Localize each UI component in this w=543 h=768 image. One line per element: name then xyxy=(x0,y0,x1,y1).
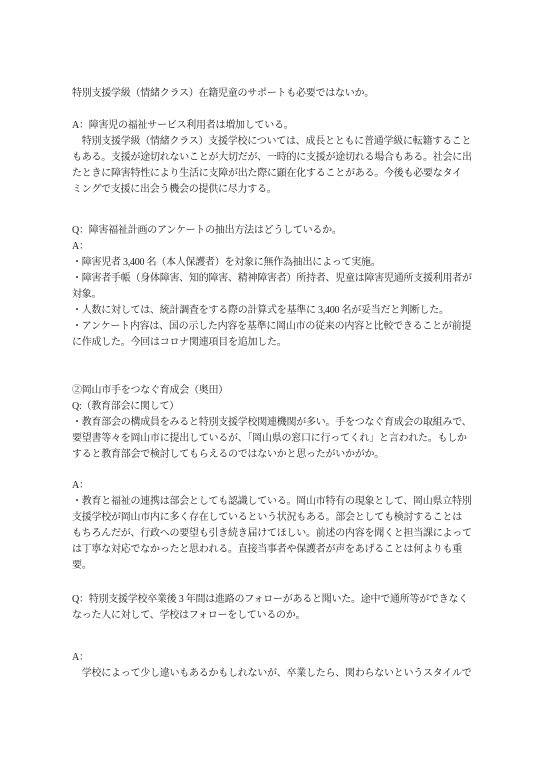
text-line: 要。 xyxy=(72,558,474,574)
text-line: ・人数に対しては、統計調査をする際の計算式を基準に 3,400 名が妥当だと判断… xyxy=(72,303,474,319)
text-line: 支援学校が岡山市内に多く存在しているという状況もある。部会としても検討することは xyxy=(72,510,474,526)
text-line: ②岡山市手をつなぐ育成会（奥田） xyxy=(72,383,474,399)
text-line: Q:（教育部会に関して） xyxy=(72,399,474,415)
text-line: は丁寧な対応でなかったと思われる。直接当事者や保護者が声をあげることは何よりも重 xyxy=(72,542,474,558)
text-line: ・障害児者 3,400 名（本人保護者）を対象に無作為抽出によって実施。 xyxy=(72,255,474,271)
text-line: 特別支援学級（情緒クラス）在籍児童のサポートも必要ではないか。 xyxy=(72,86,474,102)
paragraph-question-graduate-followup: Q：特別支援学校卒業後 3 年間は進路のフォローがあると聞いた。途中で通所等がで… xyxy=(72,592,474,624)
text-line: なった人に対して、学校はフォローをしているのか。 xyxy=(72,608,474,624)
paragraph-question-support-class: 特別支援学級（情緒クラス）在籍児童のサポートも必要ではないか。 xyxy=(72,86,474,102)
text-line: A： xyxy=(72,239,474,255)
paragraph-answer-welfare-service-users: A：障害児の福祉サービス利用者は増加している。 特別支援学級（情緒クラス）支援学… xyxy=(72,118,474,198)
paragraph-answer-education-welfare: A：・教育と福祉の連携は部会としても認識している。岡山市特有の現象として、岡山県… xyxy=(72,478,474,574)
paragraph-answer-school-followup: A： 学校によって少し違いもあるかもしれないが、卒業したら、関わらないというスタ… xyxy=(72,650,474,682)
text-line: A： xyxy=(72,650,474,666)
text-line: すると教育部会で検討してもらえるのではないかと思ったがいかがか。 xyxy=(72,447,474,463)
text-line: もある。支援が途切れないことが大切だが、一時的に支援が途切れる場合もある。社会に… xyxy=(72,150,474,166)
paragraph-qa-survey-sampling: Q：障害福祉計画のアンケートの抽出方法はどうしているか。A：・障害児者 3,40… xyxy=(72,223,474,351)
text-line: に作成した。今回はコロナ関連項目を追加した。 xyxy=(72,335,474,351)
text-line: ・教育と福祉の連携は部会としても認識している。岡山市特有の現象として、岡山県立特… xyxy=(72,494,474,510)
text-line: A： xyxy=(72,478,474,494)
text-line: 対象。 xyxy=(72,287,474,303)
text-line: ・障害者手帳（身体障害、知的障害、精神障害者）所持者、児童は障害児通所支援利用者… xyxy=(72,271,474,287)
text-line: Q：障害福祉計画のアンケートの抽出方法はどうしているか。 xyxy=(72,223,474,239)
text-line: 学校によって少し違いもあるかもしれないが、卒業したら、関わらないというスタイルで xyxy=(72,666,474,682)
text-line: A：障害児の福祉サービス利用者は増加している。 xyxy=(72,118,474,134)
text-line: 要望書等々を岡山市に提出しているが、「岡山県の窓口に行ってくれ」と言われた。もし… xyxy=(72,431,474,447)
text-line: 特別支援学級（情緒クラス）支援学校については、成長とともに普通学級に転籍すること xyxy=(72,134,474,150)
document-page: 特別支援学級（情緒クラス）在籍児童のサポートも必要ではないか。 A：障害児の福祉… xyxy=(0,0,543,768)
text-line: Q：特別支援学校卒業後 3 年間は進路のフォローがあると聞いた。途中で通所等がで… xyxy=(72,592,474,608)
text-line: たときに障害特性により生活に支障が出た際に顕在化することがある。今後も必要なタイ xyxy=(72,166,474,182)
text-line: もちろんだが、行政への要望も引き続き届けてほしい。前述の内容を聞くと担当課によっ… xyxy=(72,526,474,542)
paragraph-section-ikuseikai-question: ②岡山市手をつなぐ育成会（奥田）Q:（教育部会に関して）・教育部会の構成員をみる… xyxy=(72,383,474,463)
text-line: ・アンケート内容は、国の示した内容を基準に岡山市の従来の内容と比較できることが前… xyxy=(72,319,474,335)
text-line: ・教育部会の構成員をみると特別支援学校関連機関が多い。手をつなぐ育成会の取組みで… xyxy=(72,415,474,431)
text-line: ミングで支援に出会う機会の提供に尽力する。 xyxy=(72,182,474,198)
